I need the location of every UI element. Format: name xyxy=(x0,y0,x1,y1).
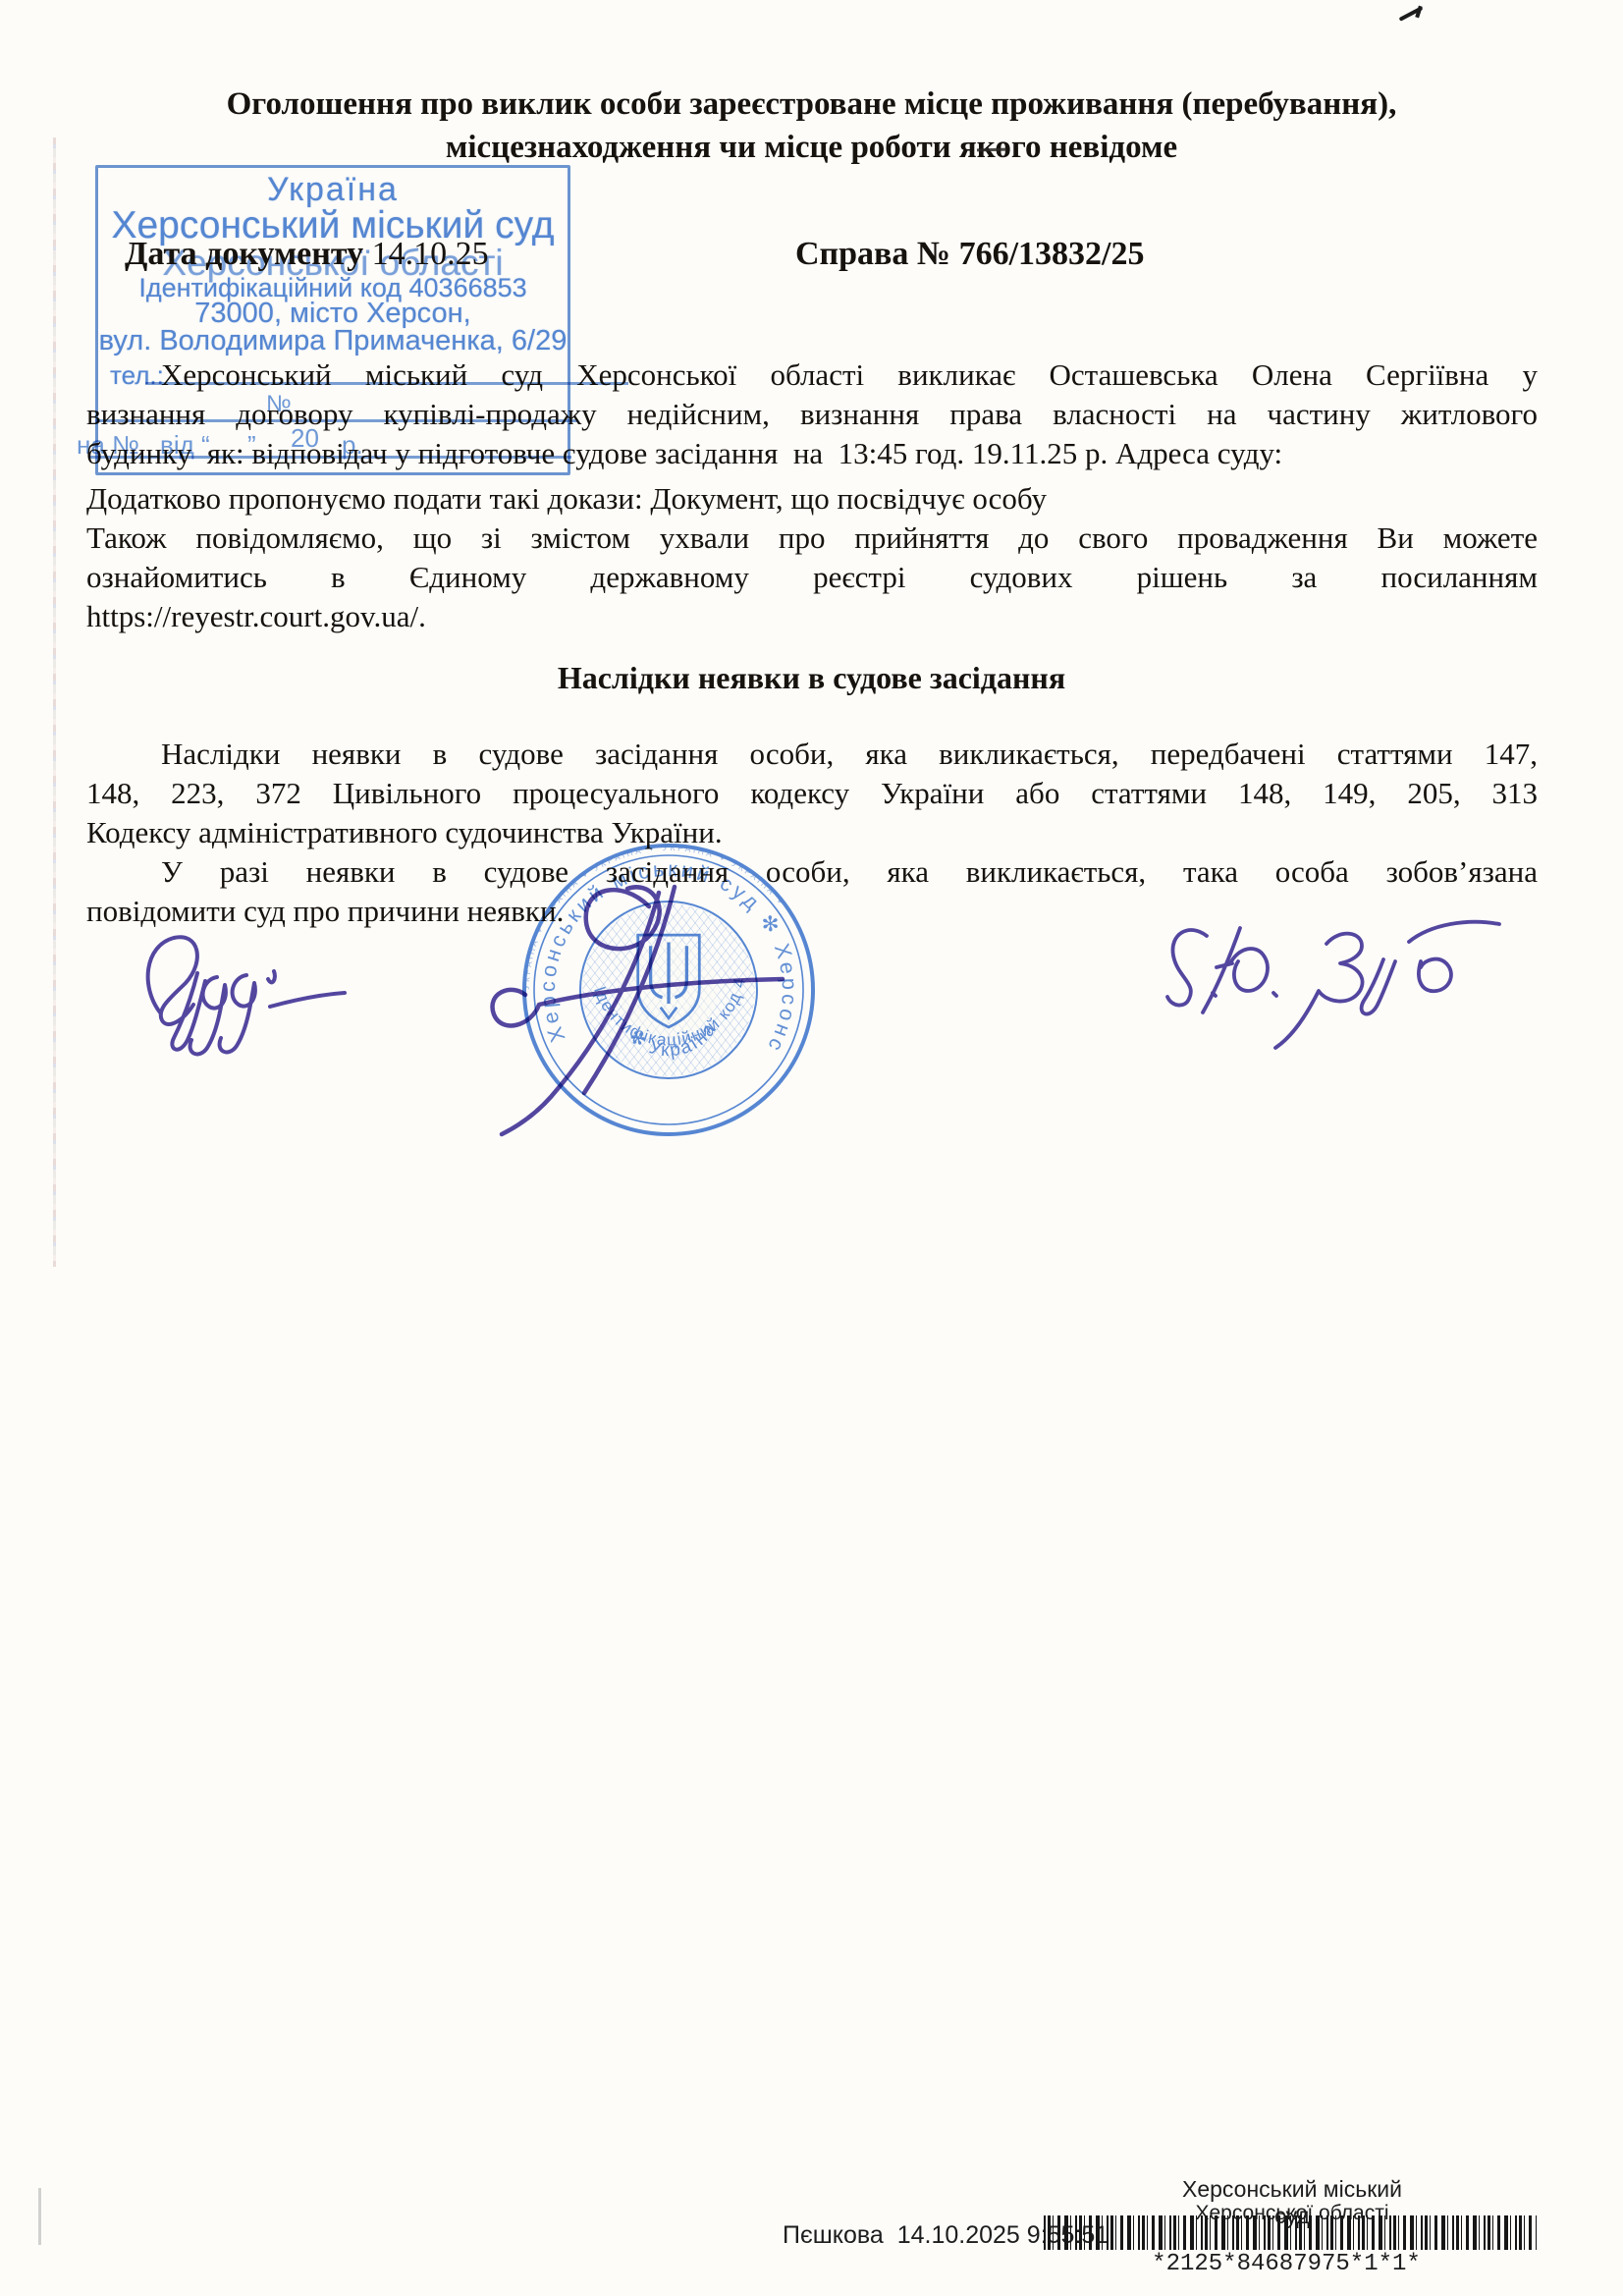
case-label: Справа № xyxy=(795,236,950,272)
stamp-form-line-2 xyxy=(95,419,578,422)
case-number: Справа № 766/13832/25 xyxy=(795,236,1145,273)
scan-artifact-edge-mark xyxy=(38,2188,41,2245)
document-title-line1: Оголошення про виклик особи зареєстрован… xyxy=(0,82,1623,126)
date-label: Дата документу xyxy=(125,236,363,272)
date-value: 14.10.25 xyxy=(372,236,489,272)
judge-signature-right xyxy=(1144,899,1517,1070)
stamp-year-label: 20 xyxy=(291,423,319,454)
barcode-text: *2125*84687975*1*1* xyxy=(1080,2251,1492,2277)
court-rubber-stamp: Україна Херсонський міський суд Херсонсь… xyxy=(95,165,570,475)
stamp-on-no-label: на № xyxy=(77,430,139,461)
stamp-no-label: № xyxy=(266,391,292,418)
stamp-year-suffix: р. xyxy=(342,430,363,461)
stamp-address-street: вул. Володимира Примаченка, 6/29 xyxy=(99,325,568,357)
body-p2-line1: Додатково пропонуємо подати такі докази:… xyxy=(86,479,1538,519)
body-p3-link: https://reyestr.court.gov.ua/. xyxy=(86,597,1538,636)
footer-operator: Пєшкова xyxy=(783,2221,884,2249)
body-p4-line2: 148, 223, 372 Цивільного процесуального … xyxy=(86,774,1538,813)
document-date: Дата документу 14.10.25 xyxy=(125,236,489,273)
document-title-line2: місцезнаходження чи місце роботи якого н… xyxy=(0,126,1623,169)
body-p3-line1: Також повідомляємо, що зі змістом ухвали… xyxy=(86,519,1538,558)
stamp-quote-close: ” xyxy=(247,430,256,461)
stamp-from-label: від “ xyxy=(160,430,210,461)
body-p3-line2: ознайомитись в Єдиному державному реєстр… xyxy=(86,558,1538,597)
section-heading: Наслідки неявки в судове засідання xyxy=(0,660,1623,696)
scan-artifact-vertical-line xyxy=(53,137,56,1267)
judge-signature-left xyxy=(123,918,349,1066)
body-p4-line1: Наслідки неявки в судове засідання особи… xyxy=(86,735,1538,774)
judge-signature-over-seal xyxy=(457,849,790,1144)
stamp-form-line-1 xyxy=(145,382,628,385)
barcode xyxy=(1044,2215,1537,2250)
stamp-tel-label: тел.: xyxy=(110,360,164,391)
case-number-value: 766/13832/25 xyxy=(959,236,1145,272)
scanned-court-document: Оголошення про виклик особи зареєстрован… xyxy=(0,0,1623,2296)
